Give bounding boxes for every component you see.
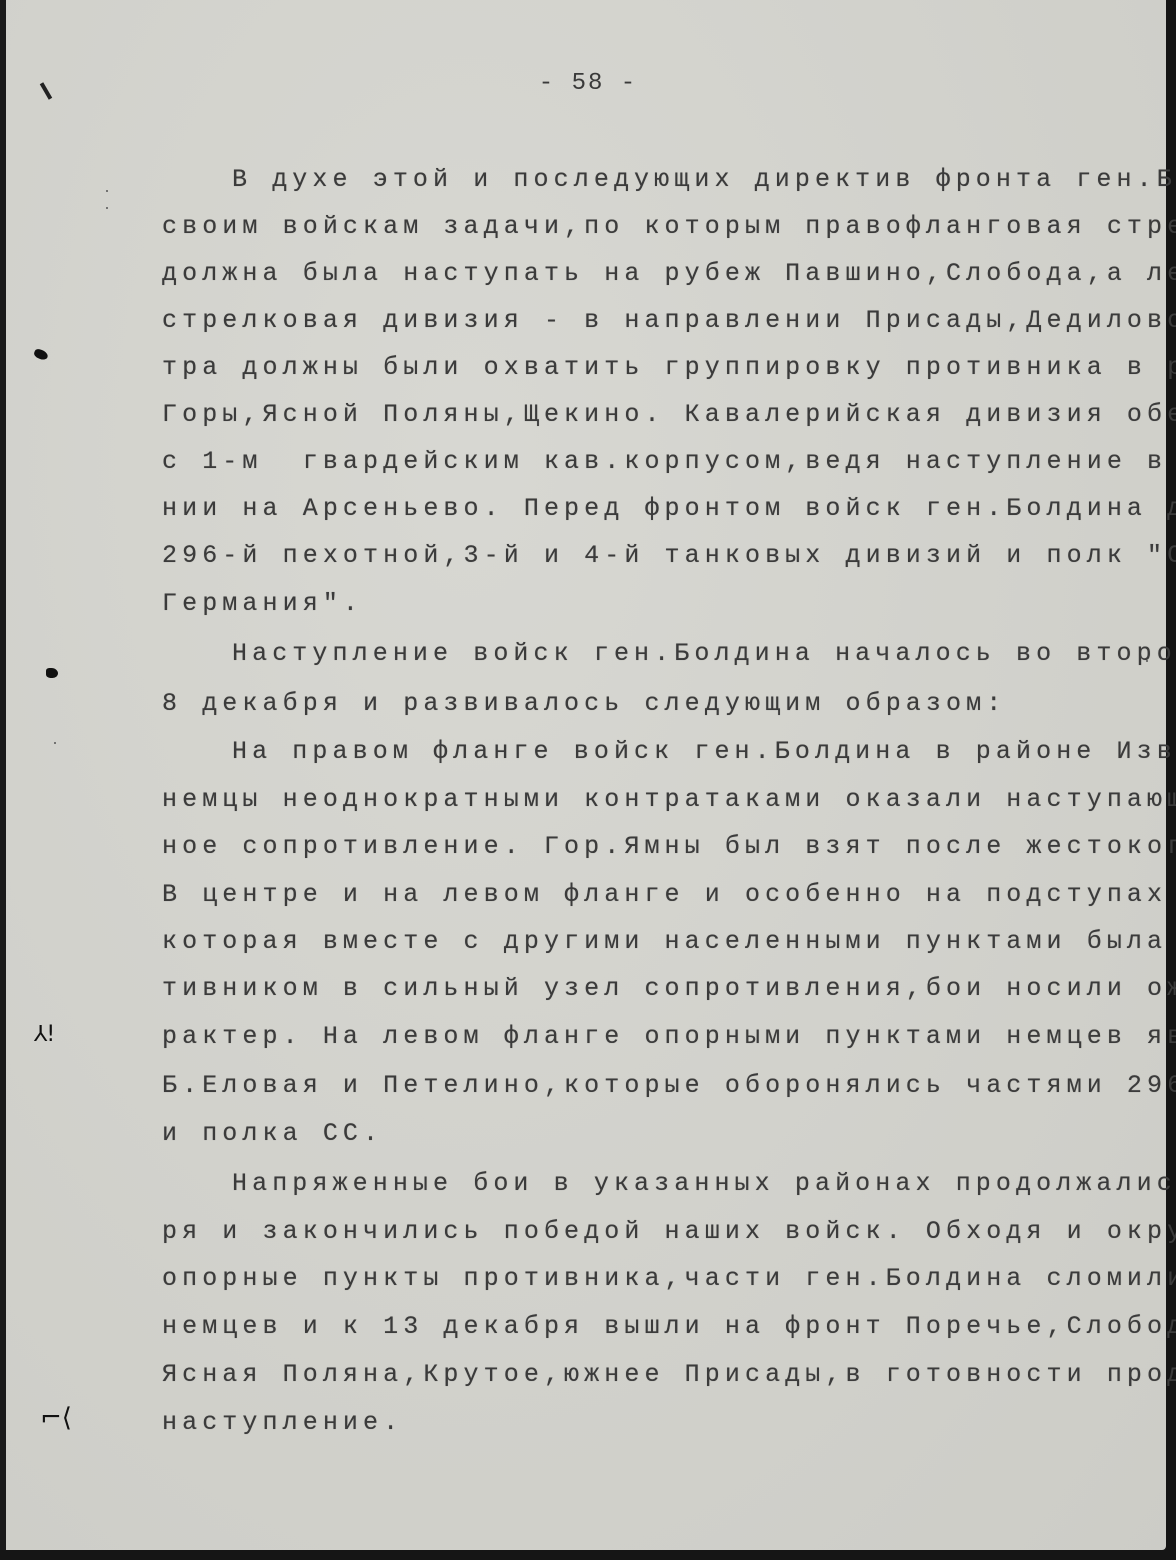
text-line: нии на Арсеньево. Перед фронтом войск ге… [162,494,1176,523]
text-line: которая вместе с другими населенными пун… [162,927,1176,956]
text-line: В духе этой и последующих директив фронт… [232,165,1176,194]
paper-speck [106,190,108,192]
text-line: ря и закончились победой наших войск. Об… [162,1217,1176,1246]
text-line: с 1-м гвардейским кав.корпусом,ведя наст… [162,447,1176,476]
text-line: Германия". [162,589,363,618]
text-line: тивником в сильный узел сопротивления,бо… [162,974,1176,1003]
text-line: На правом фланге войск ген.Болдина в рай… [232,737,1176,766]
text-line: немцы неоднократными контратаками оказал… [162,785,1176,814]
text-line: должна была наступать на рубеж Павшино,С… [162,259,1176,288]
text-line: В центре и на левом фланге и особенно на… [162,880,1176,909]
text-line: Ясная Поляна,Крутое,южнее Присады,в гото… [162,1360,1176,1389]
text-line: стрелковая дивизия - в направлении Приса… [162,306,1176,335]
text-line: Напряженные бои в указанных районах прод… [232,1169,1176,1198]
paper-speck [54,742,56,744]
text-line: опорные пункты противника,части ген.Болд… [162,1264,1176,1293]
text-line: Б.Еловая и Петелино,которые оборонялись … [162,1071,1176,1100]
binding-mark: ⌐⟨ [40,1403,72,1433]
text-line: рактер. На левом фланге опорными пунктам… [162,1022,1176,1051]
binding-mark: ⅄ǃ [34,1022,54,1047]
text-line: 8 декабря и развивалось следующим образо… [162,689,1006,718]
text-line: немцев и к 13 декабря вышли на фронт Пор… [162,1312,1176,1341]
text-line: тра должны были охватить группировку про… [162,353,1176,382]
text-line: Наступление войск ген.Болдина началось в… [232,639,1176,668]
text-line: наступление. [162,1408,403,1437]
page-edge-bottom [0,1550,1176,1560]
paper-speck [106,207,108,209]
text-line: ное сопротивление. Гор.Ямны был взят пос… [162,832,1176,861]
text-line: и полка СС. [162,1119,383,1148]
text-line: Горы,Ясной Поляны,Щекино. Кавалерийская … [162,400,1176,429]
page-number: - 58 - [0,70,1176,97]
text-line: 296-й пехотной,3-й и 4-й танковых дивизи… [162,541,1176,570]
punch-hole-mark [46,668,58,678]
text-line: своим войскам задачи,по которым правофла… [162,212,1176,241]
